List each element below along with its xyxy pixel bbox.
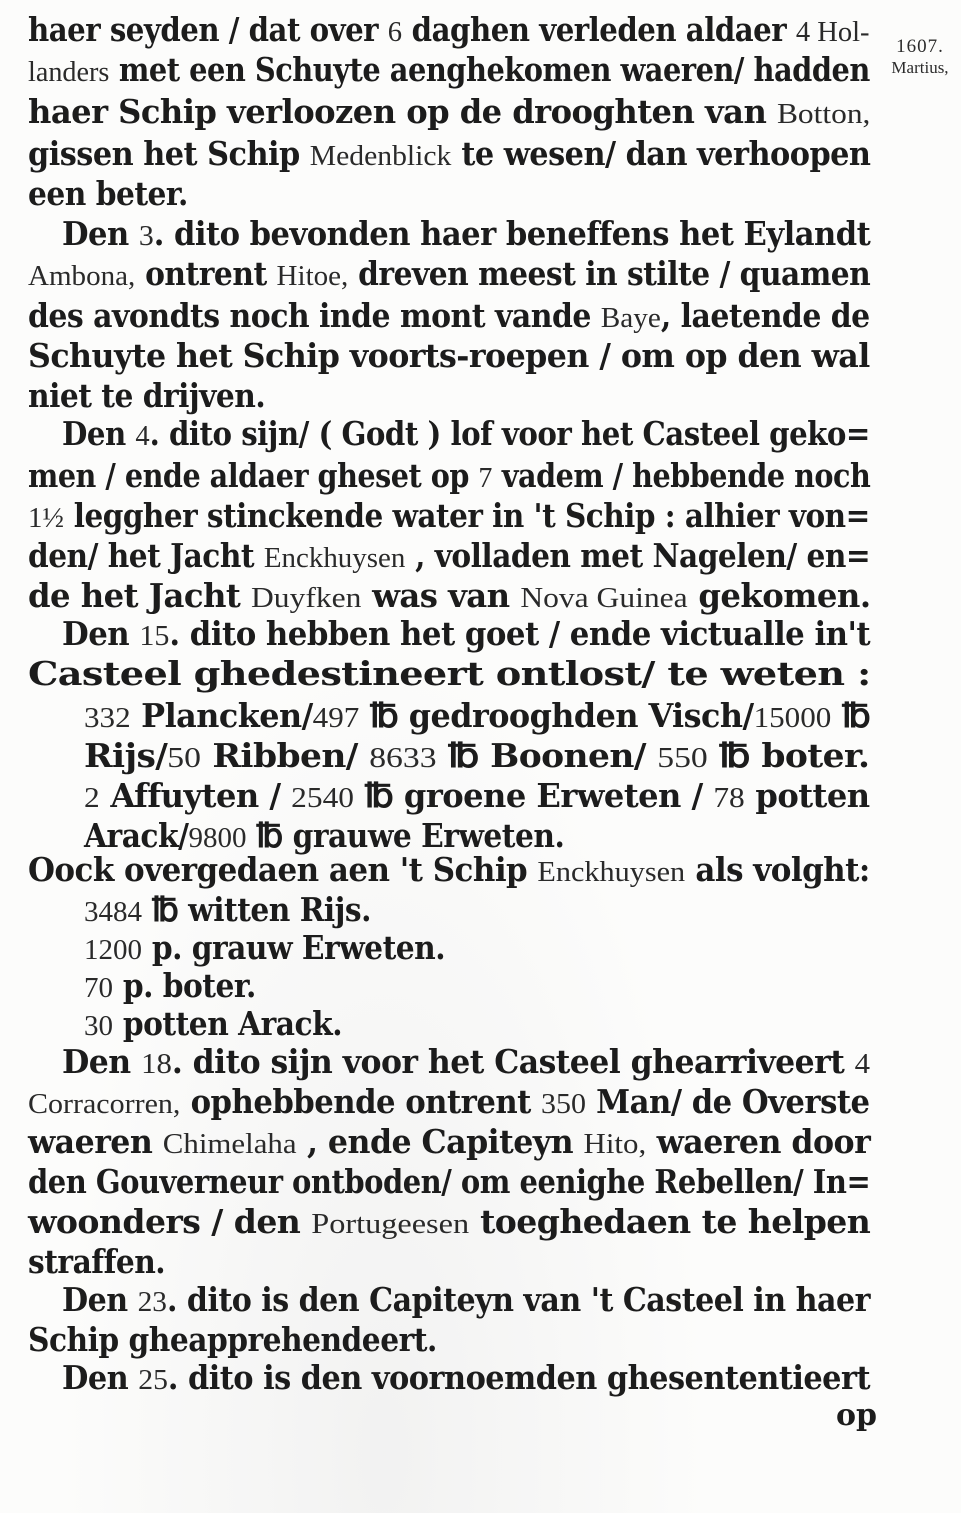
blackletter-text: des avondts noch inde mont vande: [28, 296, 601, 335]
roman-text: 25: [138, 1364, 168, 1396]
blackletter-text: Den: [62, 214, 139, 253]
blackletter-text: straffen.: [28, 1242, 165, 1281]
text-line: Den 15. dito hebben het goet / ende vict…: [62, 614, 870, 656]
text-line: Schip gheapprehendeert.: [28, 1320, 437, 1360]
roman-text: 18: [141, 1048, 172, 1080]
roman-text: Portugeesen: [311, 1208, 469, 1240]
blackletter-text: gekomen.: [688, 576, 871, 615]
text-line: den/ het Jacht Enckhuysen , volladen met…: [28, 536, 870, 578]
blackletter-text: Den: [62, 1280, 138, 1319]
blackletter-text: als volght:: [685, 850, 870, 889]
roman-text: 2540: [291, 782, 354, 814]
margin-note-year: 1607.: [880, 36, 960, 58]
blackletter-text: de het Jacht: [28, 576, 251, 615]
text-line: den Gouverneur ontboden/ om eenighe Rebe…: [28, 1162, 870, 1202]
blackletter-text: dreven meest in stilte / quamen: [348, 254, 870, 293]
blackletter-text: Den: [62, 1042, 141, 1081]
text-line: een beter.: [28, 174, 188, 214]
text-line: Schuyte het Schip voorts-roepen / om op …: [28, 336, 870, 376]
roman-text: 15000: [754, 702, 832, 734]
roman-text: 2: [84, 782, 100, 814]
blackletter-text: . dito is den voornoemden ghesententieer…: [168, 1358, 870, 1397]
text-line: Oock overgedaen aen 't Schip Enckhuysen …: [28, 850, 870, 892]
blackletter-text: woonders / den: [28, 1202, 311, 1241]
roman-text: 3: [139, 220, 154, 252]
roman-text: 7: [478, 462, 492, 494]
text-line: 30 potten Arack.: [84, 1004, 342, 1046]
blackletter-text: Ribben/: [201, 736, 369, 775]
blackletter-text: daghen verleden aldaer: [402, 10, 796, 49]
blackletter-text: . dito bevonden haer beneffens het Eylan…: [154, 214, 870, 253]
blackletter-text: potten Arack.: [113, 1004, 342, 1043]
roman-text: Baye: [601, 302, 661, 334]
blackletter-text: ℔: [831, 696, 870, 735]
text-line: niet te drijven.: [28, 376, 265, 416]
text-line: men / ende aldaer gheset op 7 vadem / he…: [28, 456, 870, 498]
blackletter-text: was van: [361, 576, 520, 615]
text-line: Den 4. dito sijn/ ( Godt ) lof voor het …: [62, 414, 870, 456]
roman-text: 6: [388, 16, 402, 48]
text-line: 3484 ℔ witten Rijs.: [84, 890, 371, 932]
blackletter-text: . dito sijn voor het Casteel ghearriveer…: [172, 1042, 855, 1081]
text-line: straffen.: [28, 1242, 165, 1282]
roman-text: 8633: [369, 742, 436, 774]
book-page: 1607. Martius, haer seyden / dat over 6 …: [0, 0, 961, 1513]
roman-text: 23: [138, 1286, 167, 1318]
blackletter-text: Casteel ghedestineert ontlost/ te weten …: [28, 654, 871, 693]
blackletter-text: leggher stinckende water in 't Schip : a…: [64, 496, 870, 535]
blackletter-text: haer seyden / dat over: [28, 10, 388, 49]
blackletter-text: . dito hebben het goet / ende victualle …: [169, 614, 870, 653]
blackletter-text: den Gouverneur ontboden/ om eenighe Rebe…: [28, 1162, 870, 1201]
blackletter-text: men / ende aldaer gheset op: [28, 456, 478, 495]
text-line: 2 Affuyten / 2540 ℔ groene Erweten / 78 …: [84, 776, 870, 818]
roman-text: Corracorren,: [28, 1088, 180, 1120]
catchword: op: [836, 1398, 877, 1433]
roman-text: Hitoe,: [277, 260, 349, 292]
text-line: Den 25. dito is den voornoemden ghesente…: [62, 1358, 870, 1400]
text-line: Ambona, ontrent Hitoe, dreven meest in s…: [28, 254, 870, 296]
blackletter-text: Affuyten /: [100, 776, 291, 815]
text-line: Den 23. dito is den Capiteyn van 't Cast…: [62, 1280, 870, 1322]
blackletter-text: Oock overgedaen aen 't Schip: [28, 850, 537, 889]
blackletter-text: Den: [62, 414, 135, 453]
roman-text: 497: [313, 702, 360, 734]
blackletter-text: gissen het Schip: [28, 134, 310, 173]
text-line: Den 18. dito sijn voor het Casteel ghear…: [62, 1042, 870, 1084]
text-line: 1½ leggher stinckende water in 't Schip …: [28, 496, 870, 538]
blackletter-text: , ende Capiteyn: [297, 1122, 584, 1161]
blackletter-text: , volladen met Nagelen/ en=: [405, 536, 870, 575]
roman-text: Chimelaha: [163, 1128, 297, 1160]
roman-text: Botton,: [777, 98, 870, 130]
text-line: landers met een Schuyte aenghekomen waer…: [28, 50, 870, 92]
text-line: 332 Plancken/497 ℔ gedrooghden Visch/150…: [84, 696, 870, 738]
blackletter-text: haer Schip verloozen op de drooghten van: [28, 92, 777, 131]
roman-text: 1½: [28, 502, 64, 534]
text-line: de het Jacht Duyfken was van Nova Guinea…: [28, 576, 871, 618]
blackletter-text: ontrent: [135, 254, 276, 293]
roman-text: Ambona,: [28, 260, 135, 292]
blackletter-text: Schip gheapprehendeert.: [28, 1320, 437, 1359]
blackletter-text: p. boter.: [113, 966, 256, 1005]
text-line: Corracorren, ophebbende ontrent 350 Man/…: [28, 1082, 870, 1124]
blackletter-text: waeren: [28, 1122, 163, 1161]
blackletter-text: den/ het Jacht: [28, 536, 264, 575]
margin-note-month: Martius,: [880, 58, 960, 78]
text-line: des avondts noch inde mont vande Baye, l…: [28, 296, 870, 338]
text-line: 70 p. boter.: [84, 966, 256, 1008]
roman-text: 30: [84, 1010, 113, 1042]
blackletter-text: ℔ witten Rijs.: [142, 890, 371, 929]
roman-text: 1200: [84, 934, 142, 966]
roman-text: 332: [84, 702, 131, 734]
blackletter-text: ℔ Boonen/: [437, 736, 658, 775]
blackletter-text: een beter.: [28, 174, 188, 213]
blackletter-text: . dito sijn/ ( Godt ) lof voor het Caste…: [150, 414, 870, 453]
blackletter-text: met een Schuyte aenghekomen waeren/ hadd…: [109, 50, 870, 89]
blackletter-text: . dito is den Capiteyn van 't Casteel in…: [167, 1280, 870, 1319]
blackletter-text: ophebbende ontrent: [180, 1082, 541, 1121]
blackletter-text: ℔ groene Erweten /: [354, 776, 713, 815]
roman-text: Medenblick: [310, 140, 452, 172]
roman-text: Enckhuysen: [537, 856, 685, 888]
text-line: Den 3. dito bevonden haer beneffens het …: [62, 214, 870, 256]
roman-text: 3484: [84, 896, 142, 928]
blackletter-text: vadem / hebbende noch: [492, 456, 870, 495]
blackletter-text: niet te drijven.: [28, 376, 265, 415]
roman-text: 4: [855, 1048, 870, 1080]
text-line: Casteel ghedestineert ontlost/ te weten …: [28, 654, 871, 694]
roman-text: 15: [139, 620, 169, 652]
blackletter-text: p. grauw Erweten.: [142, 928, 445, 967]
margin-note: 1607. Martius,: [880, 36, 960, 78]
roman-text: Enckhuysen: [264, 542, 405, 574]
roman-text: 4 Hol-: [796, 16, 870, 48]
roman-text: 550: [657, 742, 708, 774]
roman-text: landers: [28, 56, 109, 88]
text-line: haer Schip verloozen op de drooghten van…: [28, 92, 870, 134]
blackletter-text: Plancken/: [131, 696, 313, 735]
blackletter-text: ℔ gedrooghden Visch/: [359, 696, 753, 735]
roman-text: 350: [541, 1088, 586, 1120]
text-line: Rijs/50 Ribben/ 8633 ℔ Boonen/ 550 ℔ bot…: [84, 736, 869, 778]
text-line: waeren Chimelaha , ende Capiteyn Hito, w…: [28, 1122, 870, 1164]
blackletter-text: toeghedaen te helpen: [469, 1202, 870, 1241]
roman-text: Duyfken: [251, 582, 361, 614]
blackletter-text: Rijs/: [84, 736, 167, 775]
roman-text: Nova Guinea: [520, 582, 687, 614]
blackletter-text: potten: [745, 776, 870, 815]
blackletter-text: Den: [62, 614, 139, 653]
roman-text: 50: [167, 742, 201, 774]
blackletter-text: Den: [62, 1358, 138, 1397]
text-line: woonders / den Portugeesen toeghedaen te…: [28, 1202, 870, 1244]
blackletter-text: Schuyte het Schip voorts-roepen / om op …: [28, 336, 870, 375]
text-line: 1200 p. grauw Erweten.: [84, 928, 445, 970]
blackletter-text: ℔ boter.: [708, 736, 870, 775]
blackletter-text: waeren door: [646, 1122, 870, 1161]
text-line: haer seyden / dat over 6 daghen verleden…: [28, 10, 870, 52]
roman-text: 4: [135, 420, 149, 452]
blackletter-text: Man/ de Overste: [586, 1082, 870, 1121]
roman-text: 78: [713, 782, 744, 814]
blackletter-text: te wesen/ dan verhoopen: [451, 134, 870, 173]
roman-text: Hito,: [584, 1128, 647, 1160]
blackletter-text: , laetende de: [661, 296, 870, 335]
text-line: gissen het Schip Medenblick te wesen/ da…: [28, 134, 870, 176]
roman-text: 70: [84, 972, 113, 1004]
